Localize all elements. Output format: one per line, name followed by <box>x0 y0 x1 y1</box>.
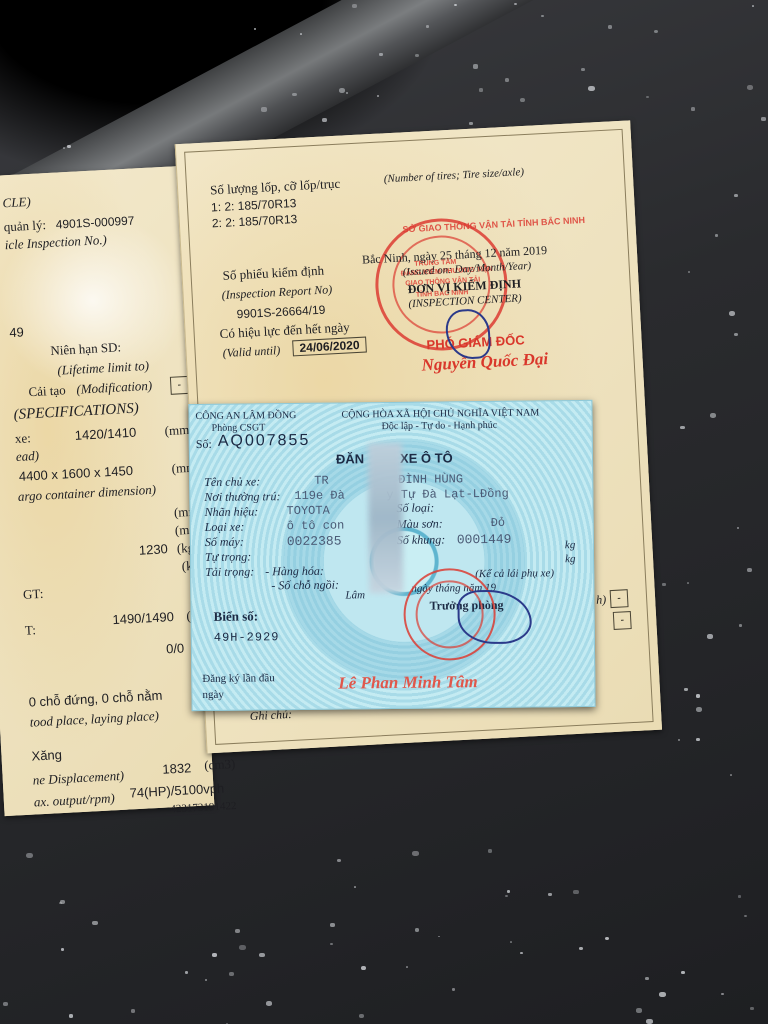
serial-value: AQ007855 <box>218 432 311 451</box>
mgmt-no-label: quản lý: <box>3 217 46 235</box>
displacement-unit: (cm3) <box>204 756 236 774</box>
goods-unit: kg <box>565 553 576 565</box>
plate-value: 49H-2929 <box>214 630 280 645</box>
owner-label: Tên chủ xe: <box>204 474 260 490</box>
type-value: ô tô con <box>287 518 345 533</box>
chassis-label: Số khung: <box>397 532 445 548</box>
load-label: Tải trọng: <box>205 564 254 580</box>
issued-place: Lâm <box>345 589 365 601</box>
first-reg-label: Đăng ký lần đầu <box>202 672 275 685</box>
brand-value: TOYOTA <box>286 504 329 518</box>
output-en: ax. output/rpm) <box>34 790 116 810</box>
wheelbase-en: ead) <box>15 448 39 465</box>
type-label: Loại xe: <box>205 520 245 535</box>
owner-value-left: TR <box>314 474 329 488</box>
wheelbase-value: 1420/1410 <box>74 425 136 443</box>
address-value-right: y Tự Đà Lạt-LĐồng <box>386 487 509 502</box>
modification-label: Cải tạo <box>28 382 66 400</box>
kerb-unit: kg <box>565 539 576 551</box>
seats-note: (Kể cả lái phụ xe) <box>475 567 554 580</box>
right-box-2: - <box>613 611 632 630</box>
serial-number: 423173191422 <box>170 800 237 815</box>
places-text: 0 chỗ đứng, 0 chỗ nằm <box>28 688 162 710</box>
right-box-1: - <box>610 589 629 608</box>
seats-label: - Số chỗ ngồi: <box>271 578 339 594</box>
engine-label: Số máy: <box>205 535 244 550</box>
brand-label: Nhãn hiệu: <box>204 504 258 520</box>
displacement-en: ne Displacement) <box>32 768 124 789</box>
plate-label: Biển số: <box>214 608 259 624</box>
gross-weight-value: 1490/1490 <box>112 609 174 627</box>
places-en: tood place, laying place) <box>29 708 159 731</box>
owner-value-right: ĐÌNH HÙNG <box>398 472 463 487</box>
engine-value: 0022385 <box>287 534 342 550</box>
color-value: Đỏ <box>491 516 506 530</box>
gt-label-2: T: <box>25 622 37 639</box>
cargo-dim-en: argo container dimension) <box>18 482 157 505</box>
kerb-weight-value: 1230 <box>139 541 169 557</box>
color-label: Màu sơn: <box>397 516 443 531</box>
fuel-value: Xăng <box>31 747 62 764</box>
overall-dim-value: 4400 x 1600 x 1450 <box>18 463 133 484</box>
modification-box: - <box>170 376 189 395</box>
header-fragment: CLE) <box>2 194 31 211</box>
wheelbase-label: xe: <box>15 430 32 447</box>
address-label: Nơi thường trú: <box>204 489 280 505</box>
output-value: 74(HP)/5100vph <box>129 781 224 801</box>
card-country: CỘNG HÒA XÃ HỘI CHỦ NGHĨA VIỆT NAM <box>341 407 539 420</box>
serial-label: Số: <box>196 437 212 452</box>
vehicle-registration-card: CÔNG AN LÂM ĐỒNG Phòng CSGT CỘNG HÒA XÃ … <box>188 400 595 711</box>
specs-title: (SPECIFICATIONS) <box>13 401 139 425</box>
gt-label-1: GT: <box>23 586 44 603</box>
frag-49: 49 <box>9 324 24 340</box>
address-value-left: 119e Đà <box>294 488 345 503</box>
valid-en: (Valid until) <box>222 343 280 361</box>
card-motto: Độc lập - Tự do - Hạnh phúc <box>382 420 498 432</box>
kerb-label: Tự trọng: <box>205 549 251 564</box>
modification-en: (Modification) <box>76 378 153 398</box>
card-issuer: CÔNG AN LÂM ĐỒNG <box>195 410 296 422</box>
chief-signature <box>457 590 532 645</box>
card-title-left: ĐĂN <box>336 451 364 466</box>
trailer-value: 0/0 <box>166 640 185 656</box>
first-reg-day-label: ngày <box>202 689 224 701</box>
privacy-blur <box>368 443 404 593</box>
card-title-right: XE Ô TÔ <box>400 450 453 466</box>
box-suffix: h) <box>596 592 607 608</box>
chief-name: Lê Phan Minh Tâm <box>338 672 478 693</box>
displacement-value: 1832 <box>162 760 192 776</box>
chassis-value: 0001449 <box>457 532 512 548</box>
